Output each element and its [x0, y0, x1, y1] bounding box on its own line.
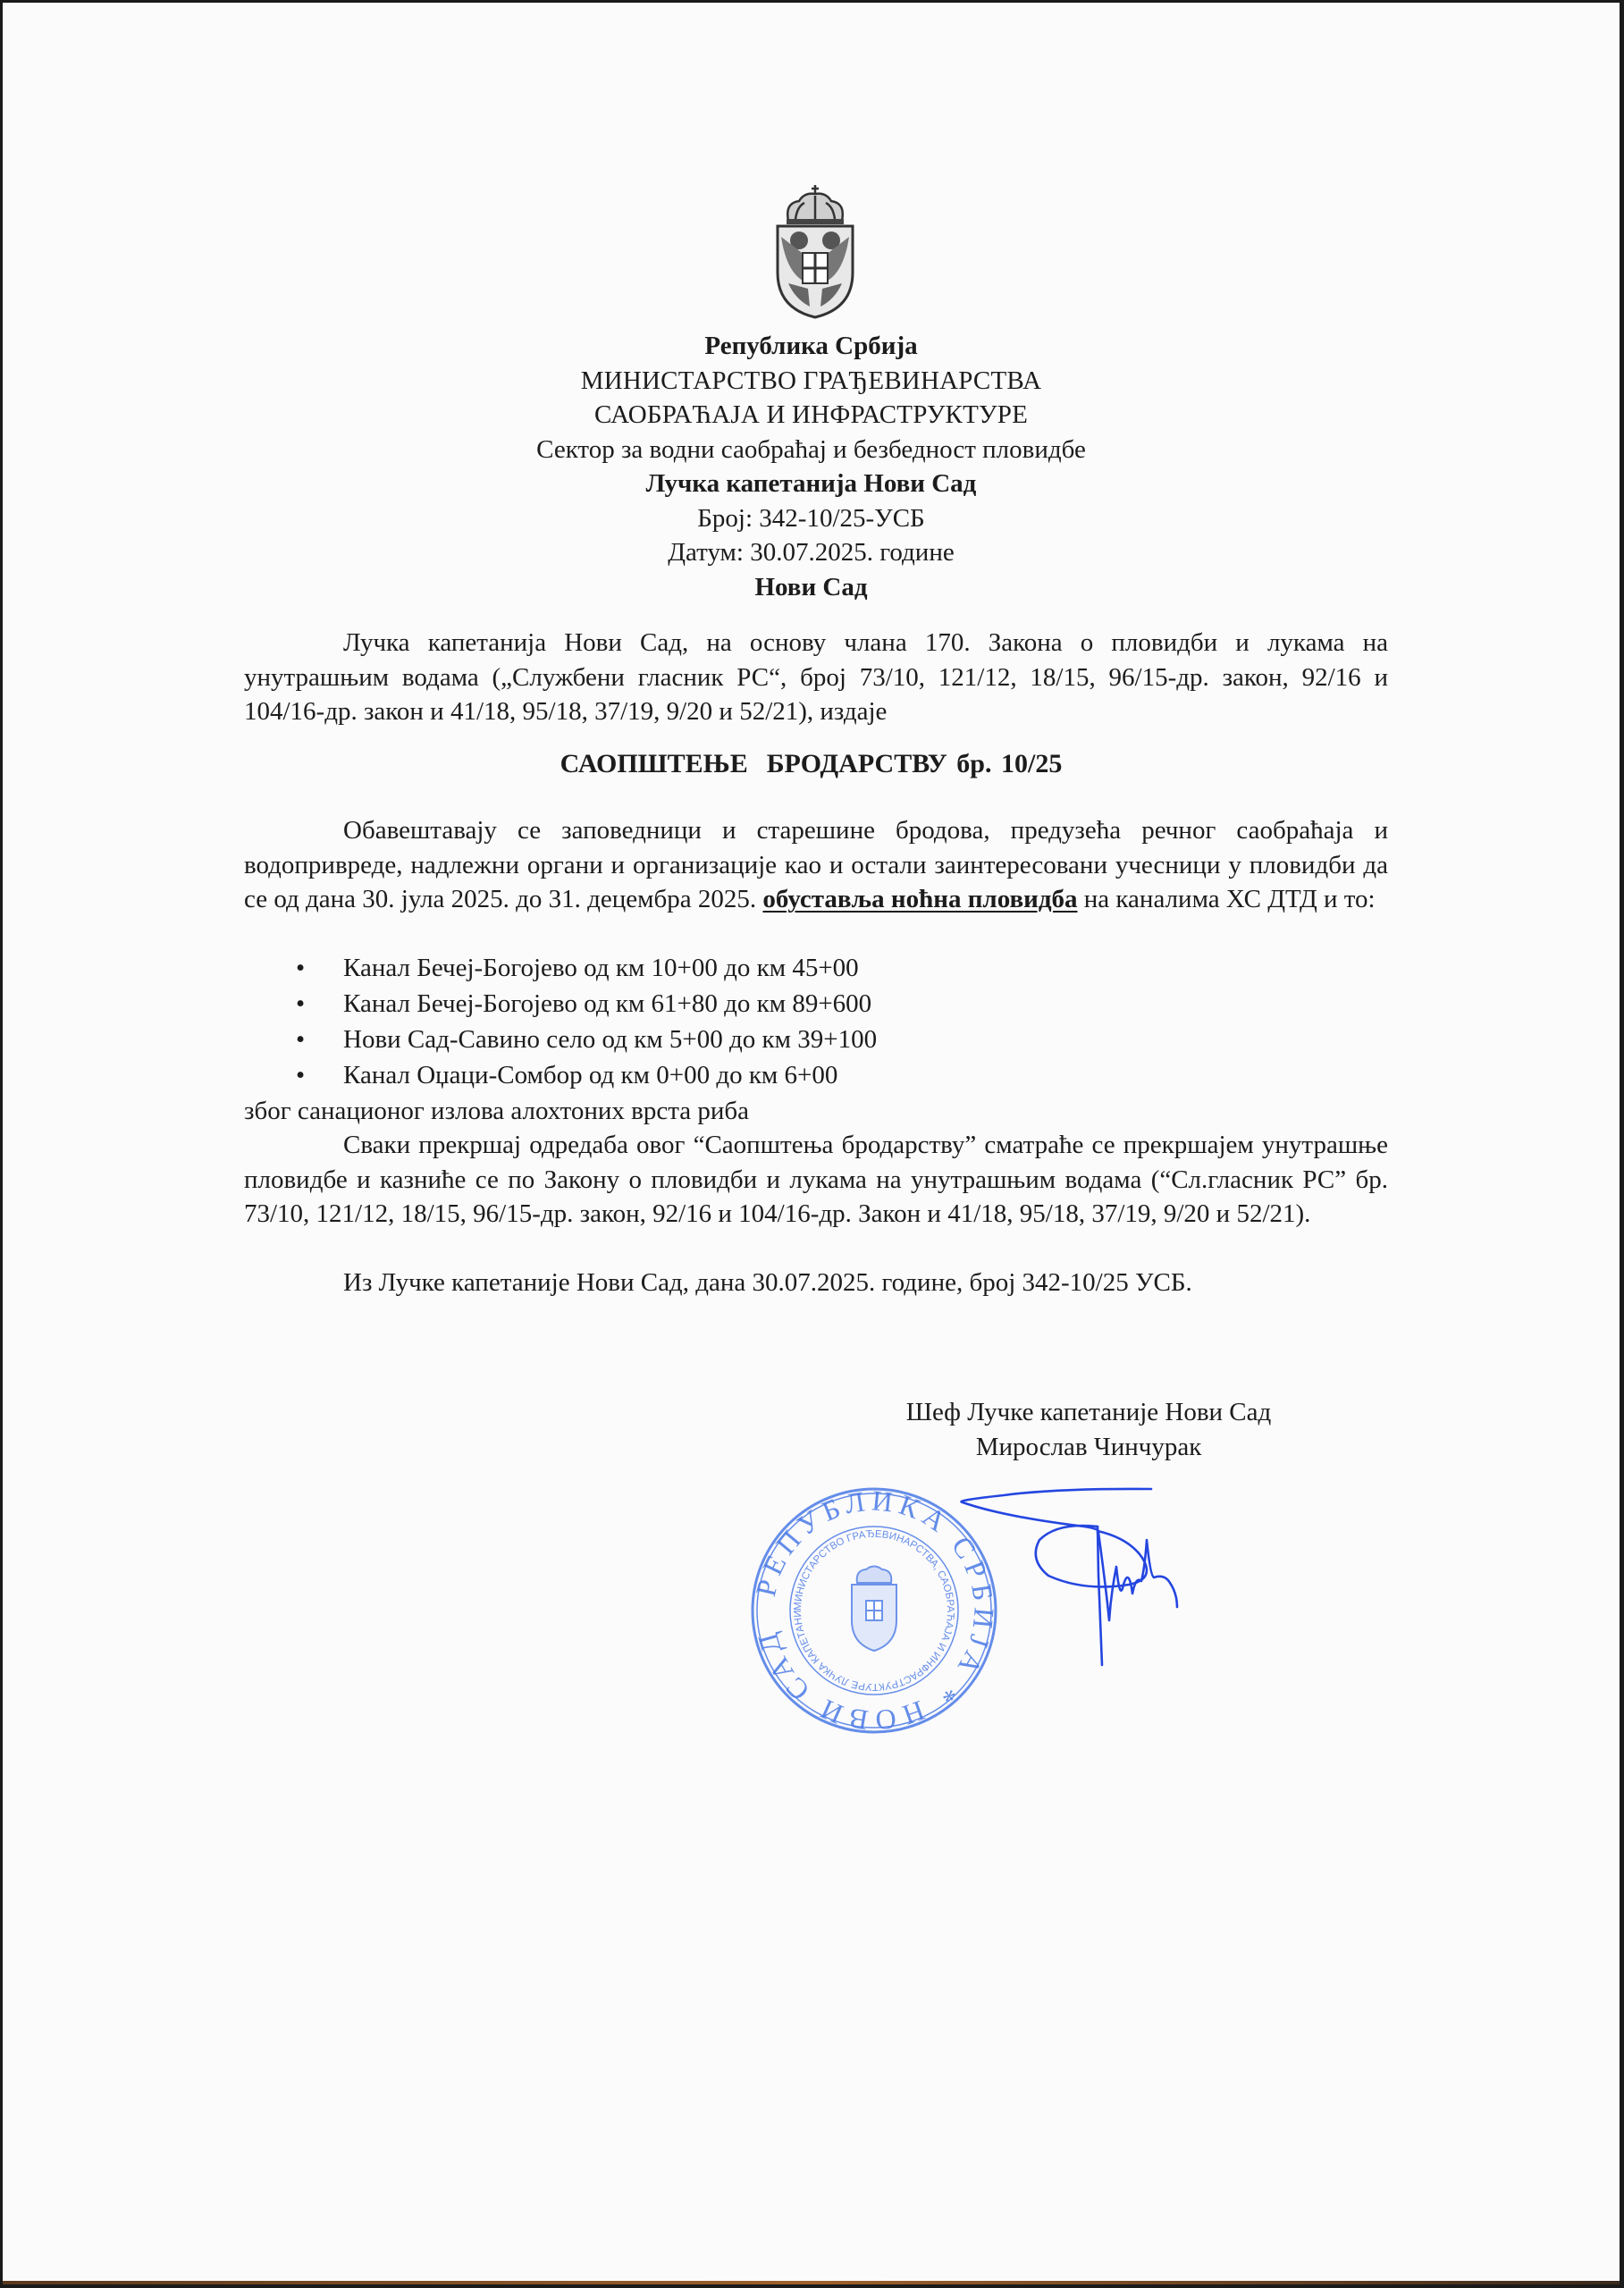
- bullet-icon: •: [296, 1022, 305, 1057]
- ministry-name-line1: МИНИСТАРСТВО ГРАЂЕВИНАРСТВА: [3, 364, 1620, 399]
- list-item: •Канал Бечеј-Богојево од км 10+00 до км …: [244, 950, 877, 986]
- ministry-name-line2: САОБРАЋАЈА И ИНФРАСТРУКТУРЕ: [3, 398, 1620, 433]
- document-header: Република Србија МИНИСТАРСТВО ГРАЂЕВИНАР…: [3, 329, 1620, 604]
- scan-edge: [3, 2281, 1620, 2284]
- handwritten-signature: [950, 1477, 1200, 1683]
- list-item: •Канал Оџаци-Сомбор од км 0+00 до км 6+0…: [244, 1057, 877, 1093]
- bullet-icon: •: [296, 1057, 305, 1093]
- bullet-icon: •: [296, 950, 305, 986]
- list-item: •Нови Сад-Савино село од км 5+00 до км 3…: [244, 1022, 877, 1057]
- authority-name: Лучка капетанија Нови Сад: [3, 467, 1620, 501]
- country-name: Република Србија: [3, 329, 1620, 364]
- intro-paragraph: Лучка капетанија Нови Сад, на основу чла…: [244, 626, 1388, 729]
- canal-section-text: Канал Бечеј-Богојево од км 61+80 до км 8…: [343, 989, 871, 1018]
- closing-paragraph: Из Лучке капетаније Нови Сад, дана 30.07…: [244, 1266, 1388, 1300]
- notice-paragraph: Обавештавају се заповедници и старешине …: [244, 813, 1388, 917]
- document-page: Република Србија МИНИСТАРСТВО ГРАЂЕВИНАР…: [3, 3, 1620, 2284]
- notice-text-after: на каналима ХС ДТД и то:: [1078, 885, 1376, 913]
- document-city: Нови Сад: [3, 570, 1620, 605]
- document-number: Број: 342-10/25-УСБ: [3, 501, 1620, 536]
- canal-sections-list: •Канал Бечеј-Богојево од км 10+00 до км …: [244, 950, 877, 1093]
- notice-emphasis: обуставља ноћна пловидба: [762, 885, 1077, 913]
- signatory-title: Шеф Лучке капетаније Нови Сад: [838, 1395, 1339, 1430]
- reason-line: због санационог излова алохтоних врста р…: [244, 1094, 749, 1129]
- serbia-coat-of-arms-icon: [769, 183, 862, 319]
- penalty-paragraph: Сваки прекршај одредаба овог “Саопштења …: [244, 1128, 1388, 1232]
- bullet-icon: •: [296, 986, 305, 1022]
- canal-section-text: Нови Сад-Савино село од км 5+00 до км 39…: [343, 1025, 877, 1054]
- notice-title: САОПШТЕЊЕ БРОДАРСТВУ бр. 10/25: [3, 747, 1620, 781]
- list-item: •Канал Бечеј-Богојево од км 61+80 до км …: [244, 986, 877, 1022]
- document-date: Датум: 30.07.2025. године: [3, 535, 1620, 570]
- canal-section-text: Канал Оџаци-Сомбор од км 0+00 до км 6+00: [343, 1061, 837, 1089]
- signature-block: Шеф Лучке капетаније Нови Сад Мирослав Ч…: [838, 1395, 1339, 1464]
- signatory-name: Мирослав Чинчурак: [838, 1430, 1339, 1465]
- canal-section-text: Канал Бечеј-Богојево од км 10+00 до км 4…: [343, 954, 859, 982]
- sector-name: Сектор за водни саобраћај и безбедност п…: [3, 433, 1620, 467]
